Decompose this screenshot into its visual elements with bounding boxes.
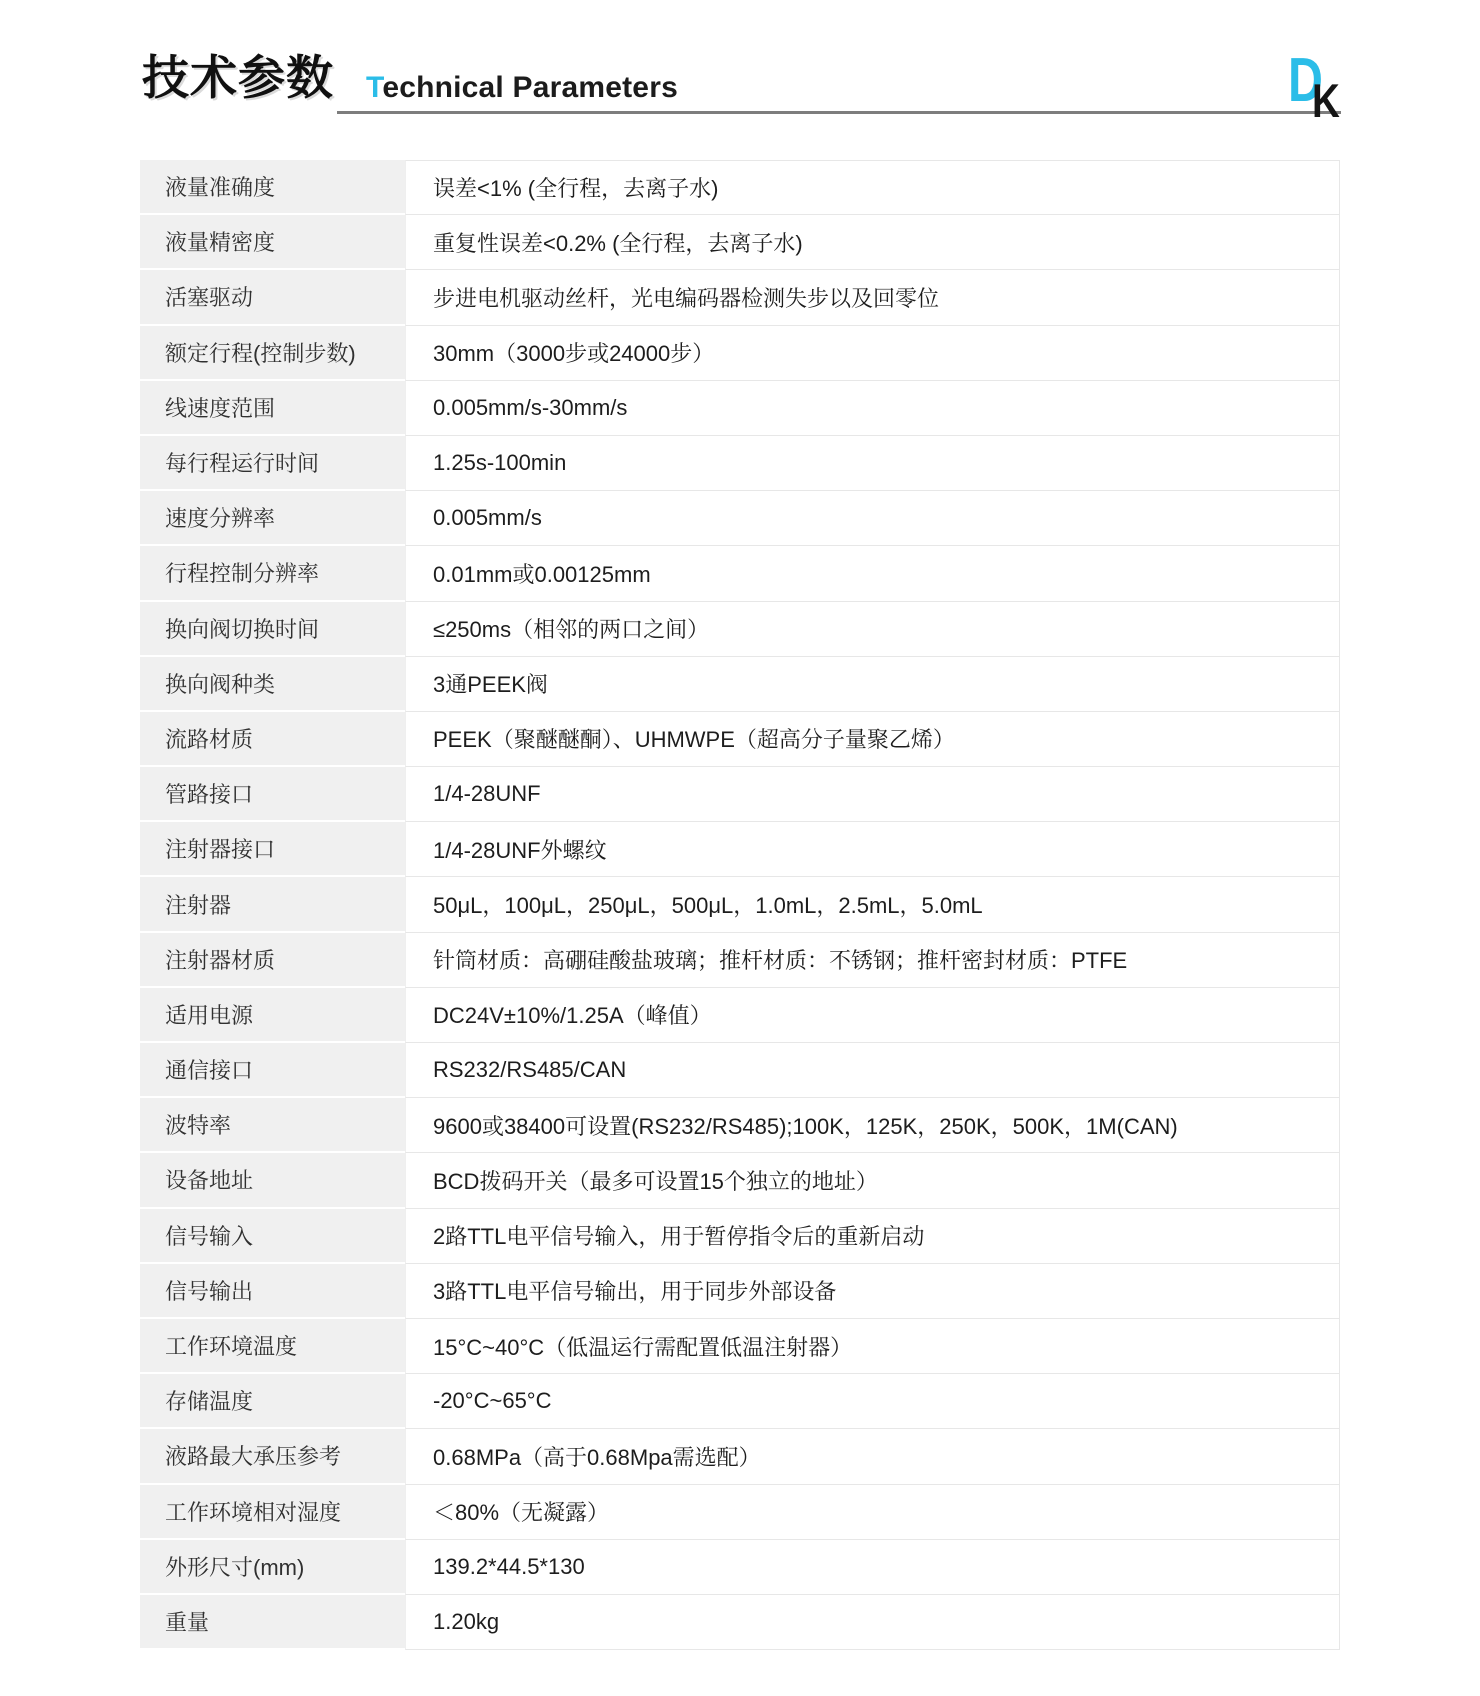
table-row: 流路材质 PEEK（聚醚醚酮）、UHMWPE（超高分子量聚乙烯） [140, 712, 1340, 767]
param-value: 步进电机驱动丝杆，光电编码器检测失步以及回零位 [405, 270, 1340, 325]
param-label: 注射器 [140, 877, 405, 932]
param-label: 工作环境温度 [140, 1319, 405, 1374]
table-row: 管路接口 1/4-28UNF [140, 767, 1340, 822]
param-label: 工作环境相对湿度 [140, 1485, 405, 1540]
param-label: 波特率 [140, 1098, 405, 1153]
param-value: 2路TTL电平信号输入，用于暂停指令后的重新启动 [405, 1209, 1340, 1264]
param-value: 0.01mm或0.00125mm [405, 546, 1340, 601]
param-label: 注射器接口 [140, 822, 405, 877]
param-label: 外形尺寸(mm) [140, 1540, 405, 1595]
param-label: 换向阀切换时间 [140, 602, 405, 657]
param-label: 速度分辨率 [140, 491, 405, 546]
param-value: 重复性误差<0.2% (全行程，去离子水) [405, 215, 1340, 270]
param-label: 管路接口 [140, 767, 405, 822]
param-label: 通信接口 [140, 1043, 405, 1098]
param-value: 0.005mm/s-30mm/s [405, 381, 1340, 436]
param-label: 信号输入 [140, 1209, 405, 1264]
param-label: 设备地址 [140, 1153, 405, 1208]
table-row: 液量准确度 误差<1% (全行程，去离子水) [140, 160, 1340, 215]
param-value: -20°C~65°C [405, 1374, 1340, 1429]
page-title-en-rest: echnical Parameters [382, 71, 678, 104]
param-value: ≤250ms（相邻的两口之间） [405, 602, 1340, 657]
param-value: 0.005mm/s [405, 491, 1340, 546]
param-value: RS232/RS485/CAN [405, 1043, 1340, 1098]
table-row: 波特率 9600或38400可设置(RS232/RS485);100K，125K… [140, 1098, 1340, 1153]
table-row: 工作环境相对湿度 ＜80%（无凝露） [140, 1485, 1340, 1540]
logo-letter-k: K [1312, 77, 1340, 124]
table-row: 信号输入 2路TTL电平信号输入，用于暂停指令后的重新启动 [140, 1209, 1340, 1264]
param-value: 139.2*44.5*130 [405, 1540, 1340, 1595]
param-value: 3路TTL电平信号输出，用于同步外部设备 [405, 1264, 1340, 1319]
table-row: 每行程运行时间 1.25s-100min [140, 436, 1340, 491]
param-label: 每行程运行时间 [140, 436, 405, 491]
param-value: 50μL，100μL，250μL，500μL，1.0mL，2.5mL，5.0mL [405, 877, 1340, 932]
param-label: 活塞驱动 [140, 270, 405, 325]
header-underline [337, 111, 1341, 114]
table-row: 通信接口 RS232/RS485/CAN [140, 1043, 1340, 1098]
dk-logo: D K [1288, 50, 1352, 122]
page-title-en: Technical Parameters [366, 71, 678, 105]
param-value: BCD拨码开关（最多可设置15个独立的地址） [405, 1153, 1340, 1208]
table-row: 换向阀切换时间 ≤250ms（相邻的两口之间） [140, 602, 1340, 657]
param-value: 针筒材质：高硼硅酸盐玻璃；推杆材质：不锈钢；推杆密封材质：PTFE [405, 933, 1340, 988]
param-label: 液量准确度 [140, 160, 405, 215]
page: { "colors":{ "accent":"#2bbde8", "underl… [0, 0, 1480, 1696]
table-row: 行程控制分辨率 0.01mm或0.00125mm [140, 546, 1340, 601]
table-row: 注射器接口 1/4-28UNF外螺纹 [140, 822, 1340, 877]
param-value: PEEK（聚醚醚酮）、UHMWPE（超高分子量聚乙烯） [405, 712, 1340, 767]
table-row: 额定行程(控制步数) 30mm（3000步或24000步） [140, 326, 1340, 381]
table-row: 外形尺寸(mm) 139.2*44.5*130 [140, 1540, 1340, 1595]
param-value: 1.25s-100min [405, 436, 1340, 491]
param-label: 线速度范围 [140, 381, 405, 436]
param-value: 3通PEEK阀 [405, 657, 1340, 712]
table-row: 换向阀种类 3通PEEK阀 [140, 657, 1340, 712]
table-row: 注射器 50μL，100μL，250μL，500μL，1.0mL，2.5mL，5… [140, 877, 1340, 932]
table-row: 存储温度 -20°C~65°C [140, 1374, 1340, 1429]
table-row: 线速度范围 0.005mm/s-30mm/s [140, 381, 1340, 436]
param-value: 1/4-28UNF外螺纹 [405, 822, 1340, 877]
table-row: 重量 1.20kg [140, 1595, 1340, 1650]
param-label: 注射器材质 [140, 933, 405, 988]
param-label: 存储温度 [140, 1374, 405, 1429]
parameters-table: 液量准确度 误差<1% (全行程，去离子水) 液量精密度 重复性误差<0.2% … [140, 160, 1340, 1650]
table-row: 液量精密度 重复性误差<0.2% (全行程，去离子水) [140, 215, 1340, 270]
param-value: ＜80%（无凝露） [405, 1485, 1340, 1540]
param-value: 30mm（3000步或24000步） [405, 326, 1340, 381]
table-row: 活塞驱动 步进电机驱动丝杆，光电编码器检测失步以及回零位 [140, 270, 1340, 325]
param-label: 重量 [140, 1595, 405, 1650]
param-label: 适用电源 [140, 988, 405, 1043]
param-label: 流路材质 [140, 712, 405, 767]
table-row: 注射器材质 针筒材质：高硼硅酸盐玻璃；推杆材质：不锈钢；推杆密封材质：PTFE [140, 933, 1340, 988]
page-title-zh: 技术参数 [142, 50, 334, 106]
param-value: 误差<1% (全行程，去离子水) [405, 160, 1340, 215]
table-row: 适用电源 DC24V±10%/1.25A（峰值） [140, 988, 1340, 1043]
table-row: 设备地址 BCD拨码开关（最多可设置15个独立的地址） [140, 1153, 1340, 1208]
table-row: 速度分辨率 0.005mm/s [140, 491, 1340, 546]
param-label: 液量精密度 [140, 215, 405, 270]
table-row: 信号输出 3路TTL电平信号输出，用于同步外部设备 [140, 1264, 1340, 1319]
param-label: 信号输出 [140, 1264, 405, 1319]
param-label: 液路最大承压参考 [140, 1429, 405, 1484]
param-value: 9600或38400可设置(RS232/RS485);100K，125K，250… [405, 1098, 1340, 1153]
table-row: 液路最大承压参考 0.68MPa（高于0.68Mpa需选配） [140, 1429, 1340, 1484]
param-value: 1/4-28UNF [405, 767, 1340, 822]
param-value: 15°C~40°C（低温运行需配置低温注射器） [405, 1319, 1340, 1374]
page-title-en-initial: T [366, 71, 382, 104]
table-row: 工作环境温度 15°C~40°C（低温运行需配置低温注射器） [140, 1319, 1340, 1374]
param-label: 换向阀种类 [140, 657, 405, 712]
param-value: DC24V±10%/1.25A（峰值） [405, 988, 1340, 1043]
param-label: 行程控制分辨率 [140, 546, 405, 601]
param-label: 额定行程(控制步数) [140, 326, 405, 381]
param-value: 0.68MPa（高于0.68Mpa需选配） [405, 1429, 1340, 1484]
param-value: 1.20kg [405, 1595, 1340, 1650]
